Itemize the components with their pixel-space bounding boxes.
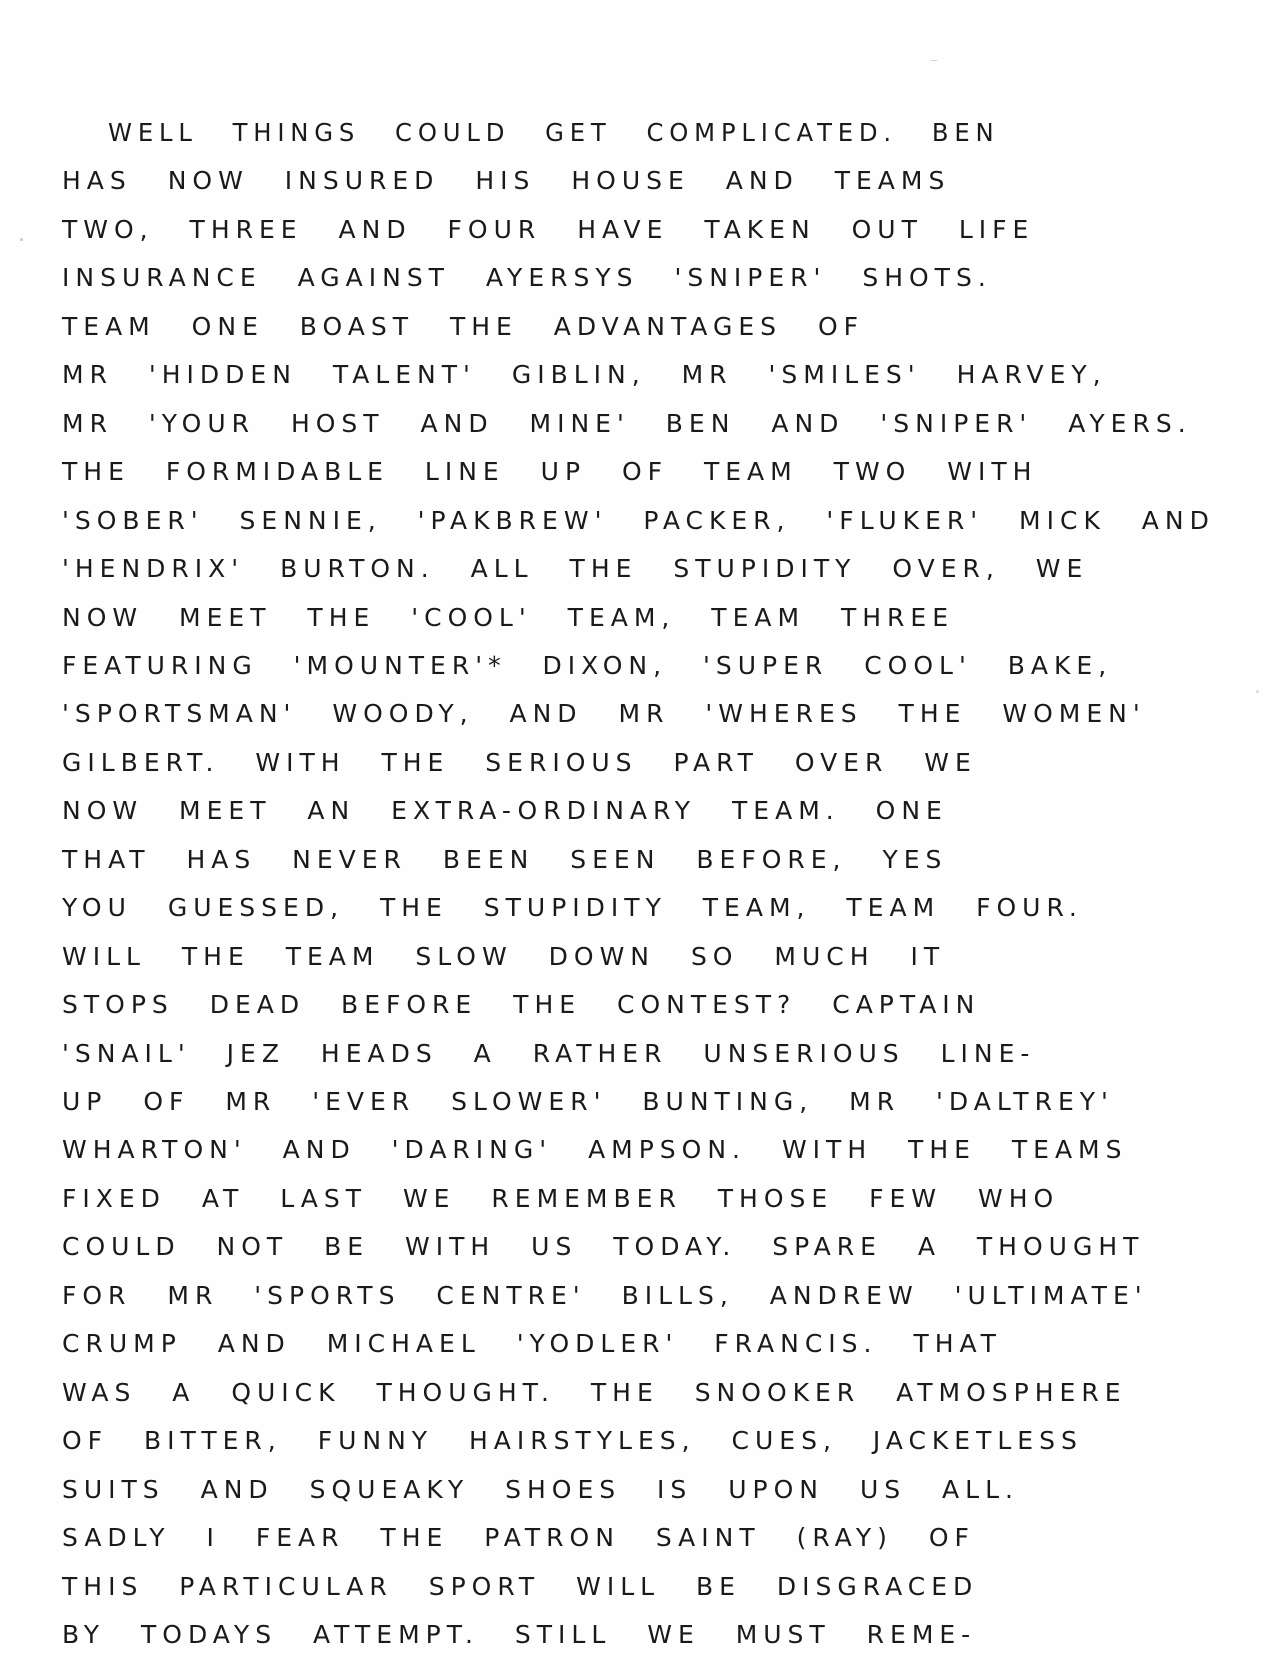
text-line: 'HENDRIX' BURTON. ALL THE STUPIDITY OVER…: [62, 554, 1232, 584]
text-line: NOW MEET THE 'COOL' TEAM, TEAM THREE: [62, 603, 1232, 633]
text-line: HAS NOW INSURED HIS HOUSE AND TEAMS: [62, 166, 1232, 196]
text-line: YOU GUESSED, THE STUPIDITY TEAM, TEAM FO…: [62, 893, 1232, 923]
text-line: TEAM ONE BOAST THE ADVANTAGES OF: [62, 312, 1232, 342]
text-line: COULD NOT BE WITH US TODAY. SPARE A THOU…: [62, 1232, 1232, 1262]
text-line: WAS A QUICK THOUGHT. THE SNOOKER ATMOSPH…: [62, 1378, 1232, 1408]
text-line: MR 'YOUR HOST AND MINE' BEN AND 'SNIPER'…: [62, 409, 1232, 439]
text-line: FEATURING 'MOUNTER'* DIXON, 'SUPER COOL'…: [62, 651, 1232, 681]
text-line: WELL THINGS COULD GET COMPLICATED. BEN: [108, 118, 1244, 148]
text-line: BY TODAYS ATTEMPT. STILL WE MUST REME-: [62, 1620, 1232, 1650]
text-line: 'SOBER' SENNIE, 'PAKBREW' PACKER, 'FLUKE…: [62, 506, 1232, 536]
text-line: THAT HAS NEVER BEEN SEEN BEFORE, YES: [62, 845, 1232, 875]
paper-speck: [20, 238, 23, 241]
text-line: 'SNAIL' JEZ HEADS A RATHER UNSERIOUS LIN…: [62, 1039, 1232, 1069]
text-line: NOW MEET AN EXTRA-ORDINARY TEAM. ONE: [62, 796, 1232, 826]
text-line: THIS PARTICULAR SPORT WILL BE DISGRACED: [62, 1572, 1232, 1602]
text-line: 'SPORTSMAN' WOODY, AND MR 'WHERES THE WO…: [62, 699, 1232, 729]
text-line: INSURANCE AGAINST AYERSYS 'SNIPER' SHOTS…: [62, 263, 1232, 293]
paper-speck: [930, 60, 938, 61]
text-line: THE FORMIDABLE LINE UP OF TEAM TWO WITH: [62, 457, 1232, 487]
text-line: OF BITTER, FUNNY HAIRSTYLES, CUES, JACKE…: [62, 1426, 1232, 1456]
text-line: FOR MR 'SPORTS CENTRE' BILLS, ANDREW 'UL…: [62, 1281, 1232, 1311]
text-line: SUITS AND SQUEAKY SHOES IS UPON US ALL.: [62, 1475, 1232, 1505]
text-line: SADLY I FEAR THE PATRON SAINT (RAY) OF: [62, 1523, 1232, 1553]
text-line: WILL THE TEAM SLOW DOWN SO MUCH IT: [62, 942, 1232, 972]
handwritten-page: WELL THINGS COULD GET COMPLICATED. BEN H…: [0, 0, 1284, 1660]
text-line: UP OF MR 'EVER SLOWER' BUNTING, MR 'DALT…: [62, 1087, 1232, 1117]
text-line: STOPS DEAD BEFORE THE CONTEST? CAPTAIN: [62, 990, 1232, 1020]
paper-speck: [1256, 690, 1259, 693]
text-line: MR 'HIDDEN TALENT' GIBLIN, MR 'SMILES' H…: [62, 360, 1232, 390]
text-line: GILBERT. WITH THE SERIOUS PART OVER WE: [62, 748, 1232, 778]
text-line: CRUMP AND MICHAEL 'YODLER' FRANCIS. THAT: [62, 1329, 1232, 1359]
text-line: FIXED AT LAST WE REMEMBER THOSE FEW WHO: [62, 1184, 1232, 1214]
text-line: TWO, THREE AND FOUR HAVE TAKEN OUT LIFE: [62, 215, 1232, 245]
text-line: WHARTON' AND 'DARING' AMPSON. WITH THE T…: [62, 1135, 1232, 1165]
